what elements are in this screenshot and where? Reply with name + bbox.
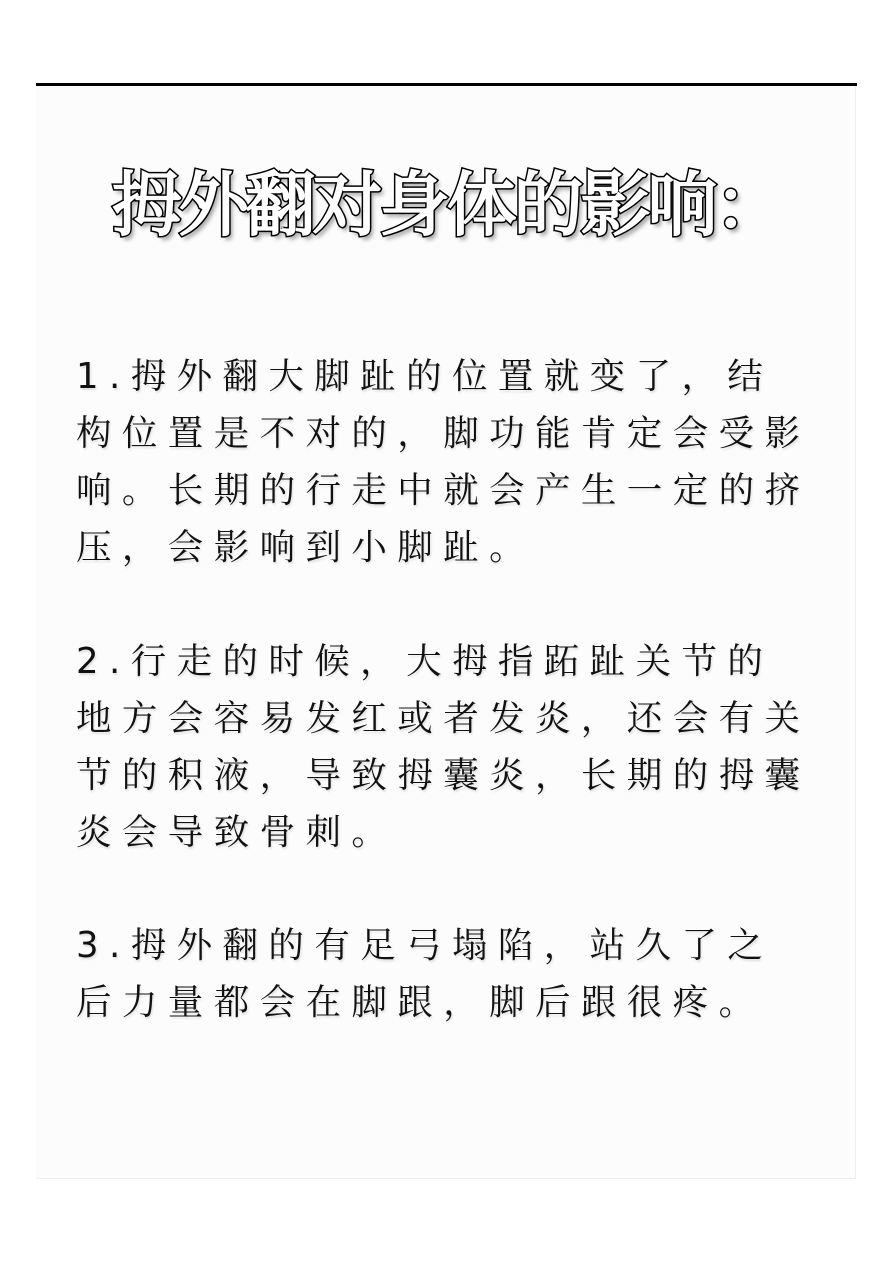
section-3-number: 3. <box>76 925 131 966</box>
section-3: 3.拇外翻的有足弓塌陷，站久了之后力量都会在脚跟，脚后跟很疼。 <box>76 917 816 1031</box>
section-1-number: 1. <box>76 356 131 397</box>
section-2-text: 行走的时候，大拇指跖趾关节的地方会容易发红或者发炎，还会有关节的积液，导致拇囊炎… <box>76 641 810 853</box>
section-2-number: 2. <box>76 641 131 682</box>
page-title: 拇外翻对身体的影响： <box>0 160 893 250</box>
section-1-text: 拇外翻大脚趾的位置就变了，结构位置是不对的，脚功能肯定会受影响。长期的行走中就会… <box>76 356 810 568</box>
section-2: 2.行走的时候，大拇指跖趾关节的地方会容易发红或者发炎，还会有关节的积液，导致拇… <box>76 633 816 861</box>
section-1: 1.拇外翻大脚趾的位置就变了，结构位置是不对的，脚功能肯定会受影响。长期的行走中… <box>76 348 816 576</box>
section-3-text: 拇外翻的有足弓塌陷，站久了之后力量都会在脚跟，脚后跟很疼。 <box>76 925 773 1023</box>
